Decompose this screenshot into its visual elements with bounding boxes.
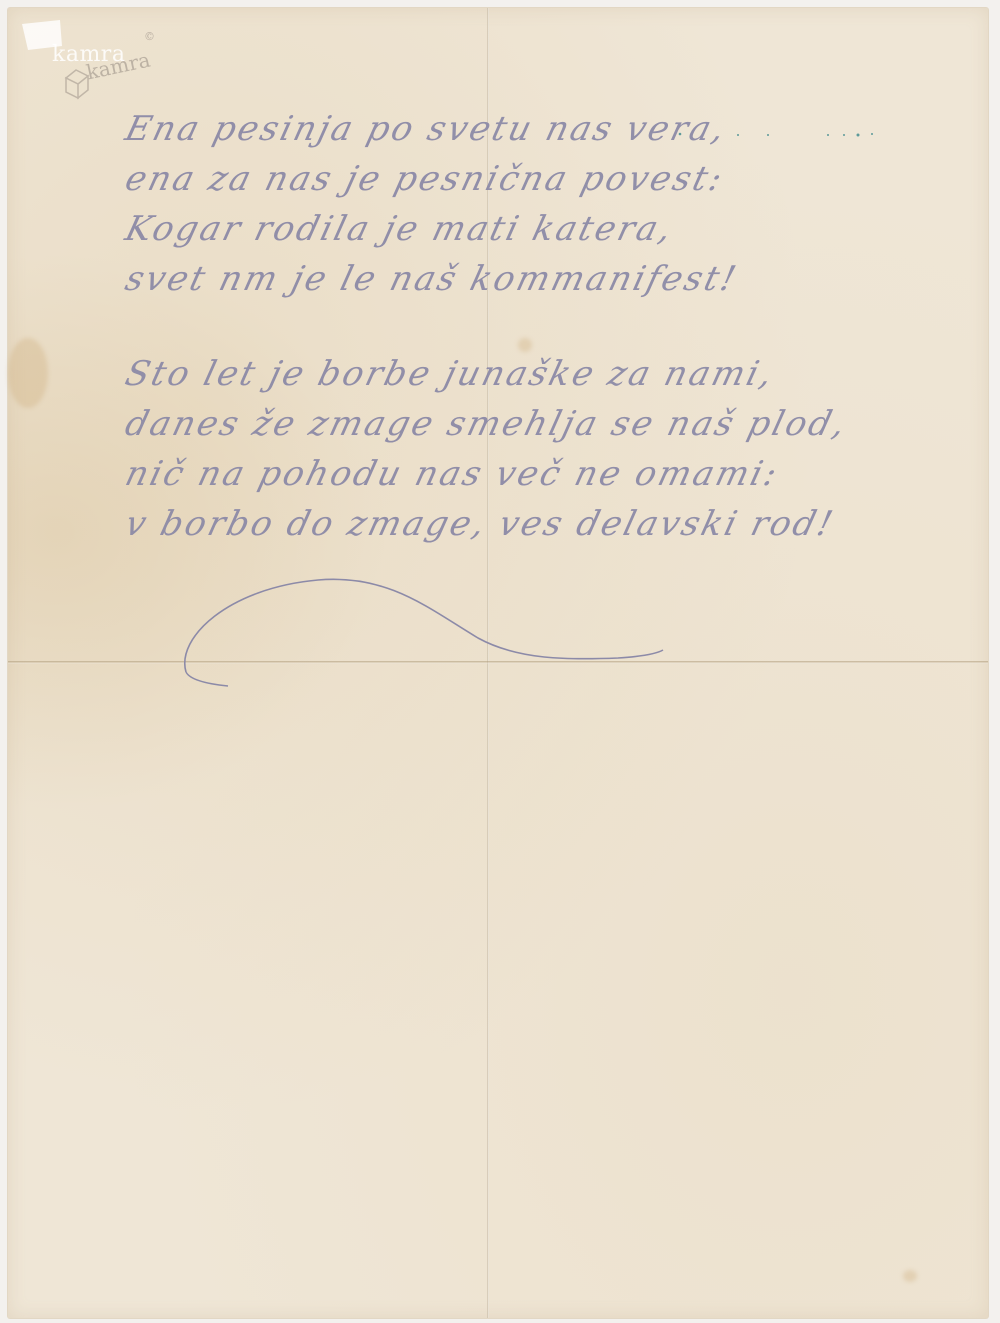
poem-line: Kogar rodila je mati katera,: [120, 204, 992, 254]
poem: Ena pesinja po svetu nas vera, ena za na…: [120, 104, 980, 594]
paper-sheet: kamra kamra © Ena pesinja po svetu nas v…: [8, 8, 988, 1318]
kamra-watermark: kamra kamra ©: [18, 16, 148, 96]
poem-line: v borbo do zmage, ves delavski rod!: [120, 499, 992, 549]
poem-line: nič na pohodu nas več ne omami:: [120, 449, 992, 499]
paper-stain: [903, 1270, 917, 1282]
copyright-icon: ©: [144, 30, 155, 43]
poem-line: Ena pesinja po svetu nas vera,: [120, 104, 992, 154]
stanza-2: Sto let je borbe junaške za nami, danes …: [120, 349, 980, 549]
pencil-flourish: [168, 568, 728, 688]
poem-line: svet nm je le naš kommanifest!: [120, 254, 992, 304]
stanza-1: Ena pesinja po svetu nas vera, ena za na…: [120, 104, 980, 304]
poem-line: ena za nas je pesnična povest:: [120, 154, 992, 204]
poem-line: danes že zmage smehlja se naš plod,: [120, 399, 992, 449]
paper-stain: [8, 338, 48, 408]
poem-line: Sto let je borbe junaške za nami,: [120, 349, 992, 399]
